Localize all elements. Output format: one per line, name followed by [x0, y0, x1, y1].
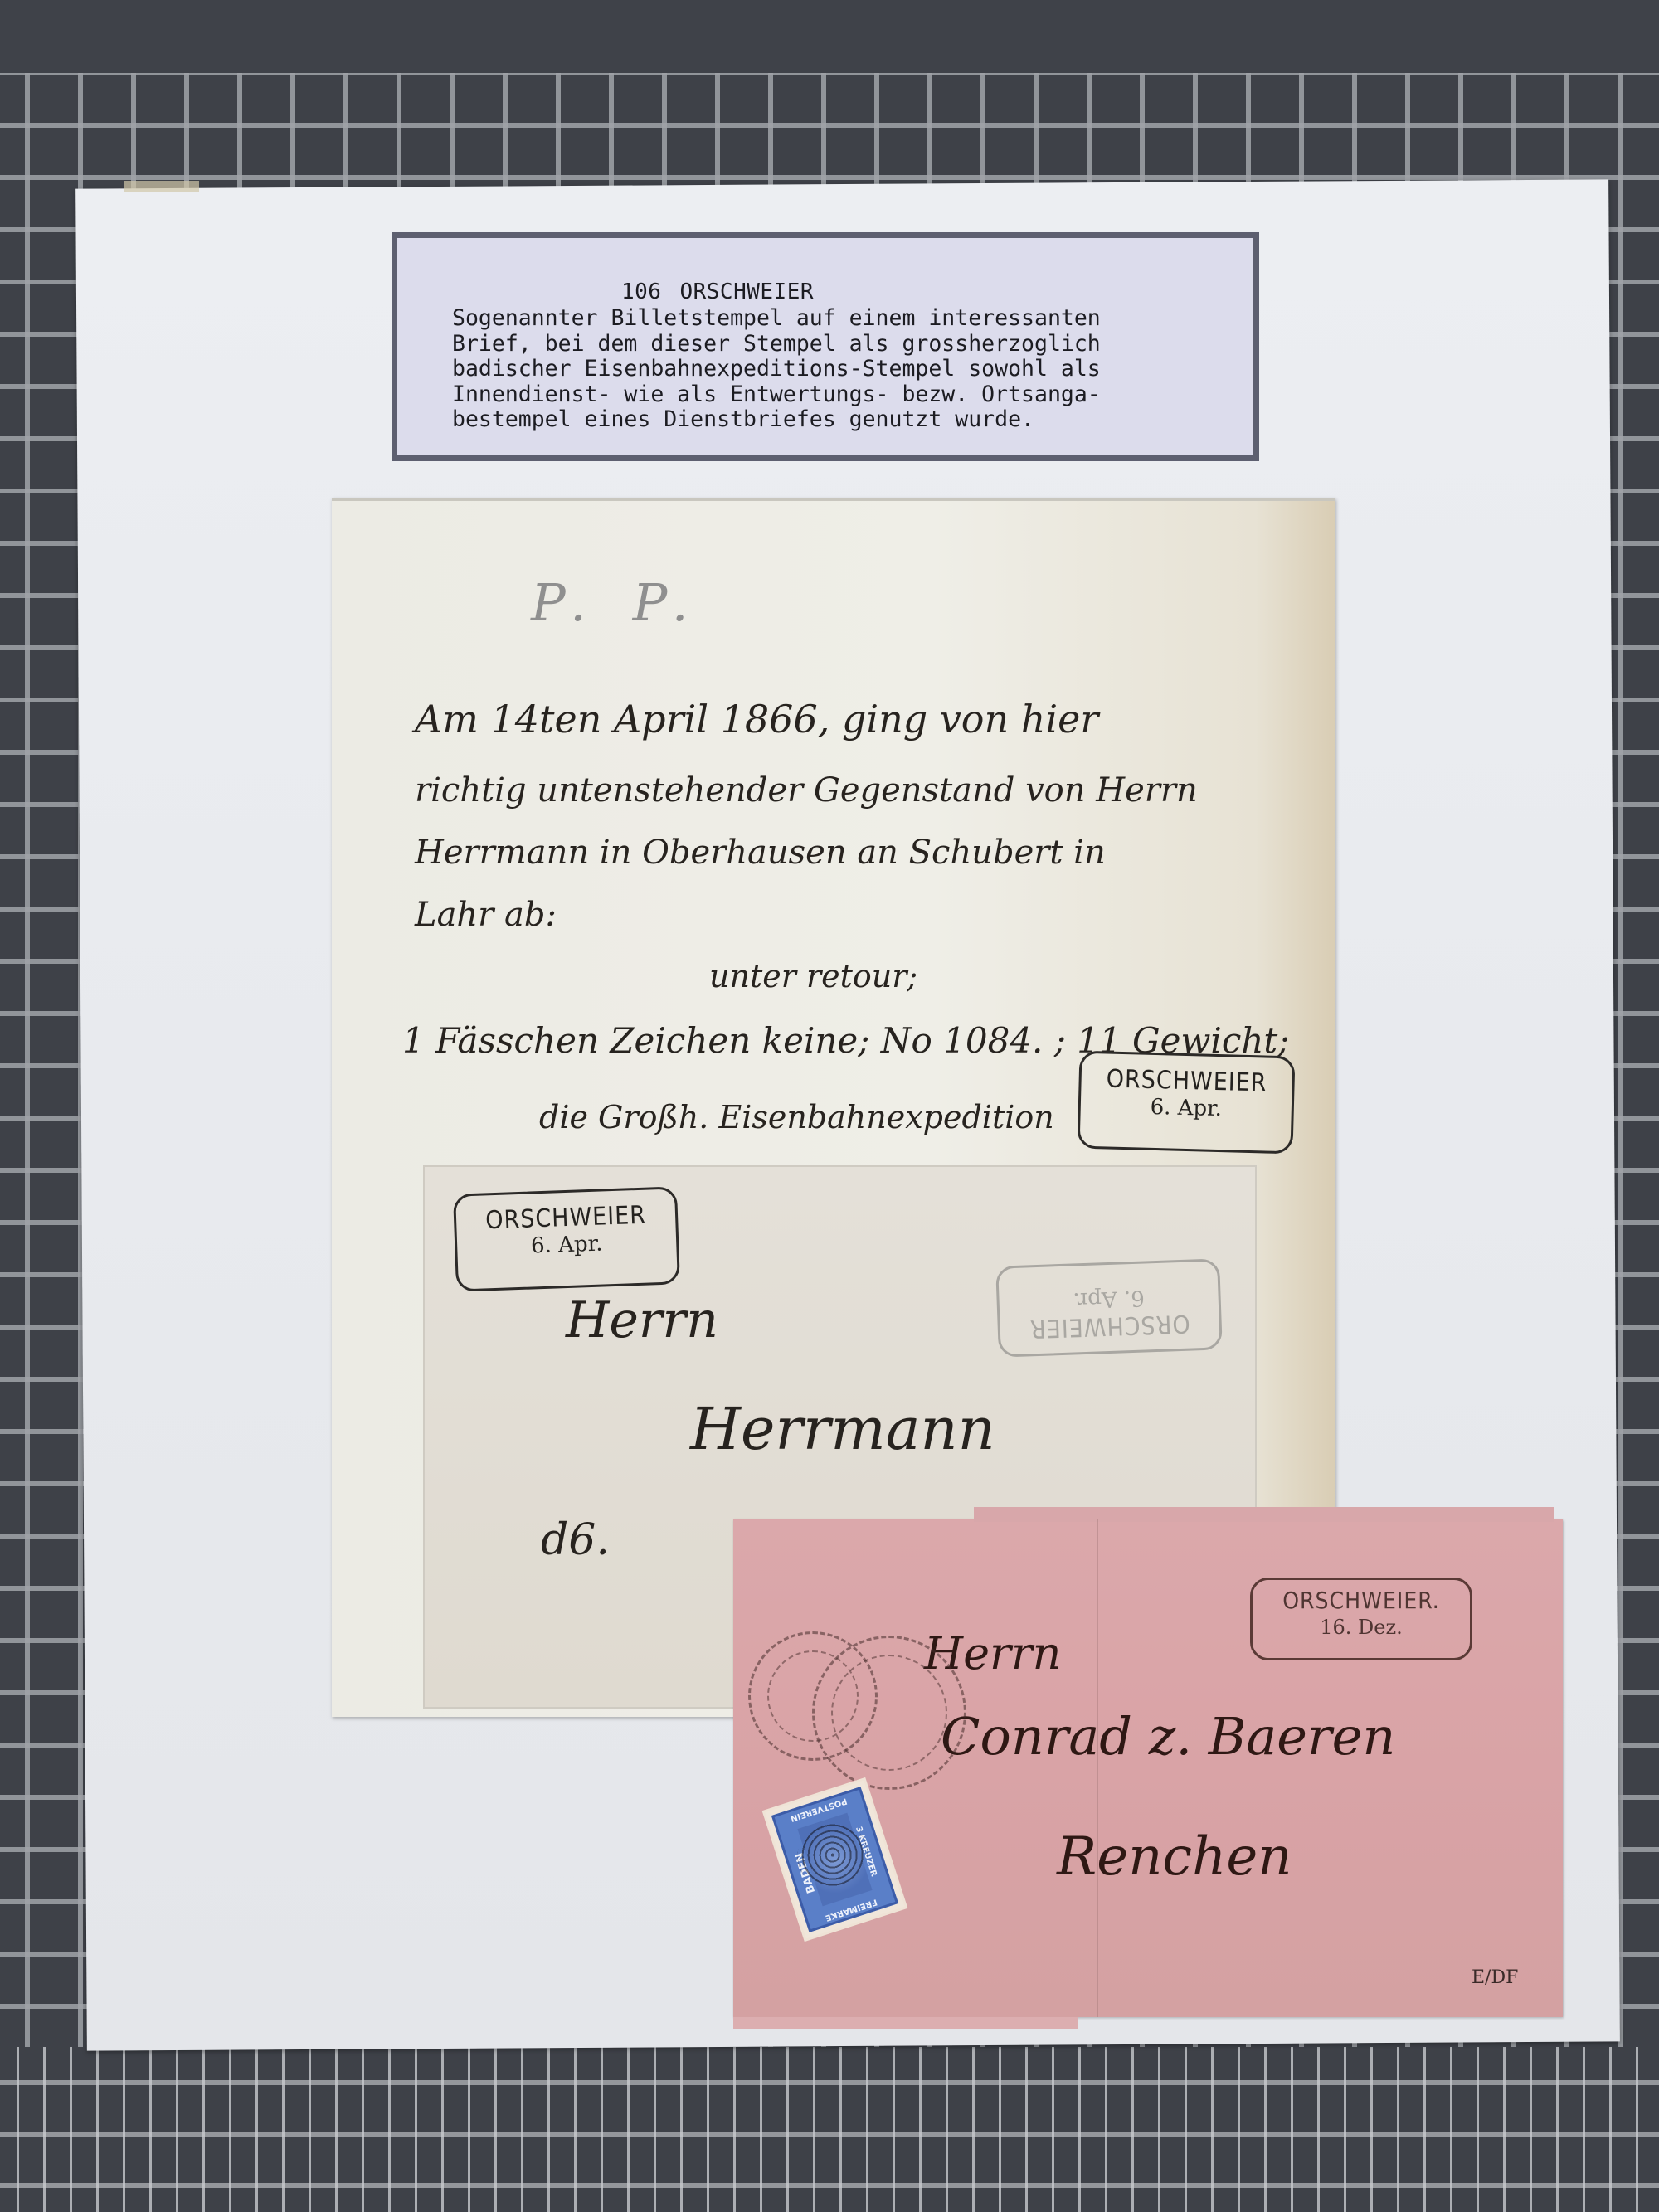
cover-crease	[1097, 1519, 1098, 2017]
cover-fold	[974, 1507, 1554, 1522]
letter-line: Am 14ten April 1866, ging von hier	[415, 697, 1098, 741]
hinge-tape	[124, 181, 199, 192]
label-title: ORSCHWEIER	[679, 280, 814, 304]
label-description: Sogenannter Billetstempel auf einem inte…	[452, 306, 1224, 433]
postmark-orschweier: ORSCHWEIER 6. Apr.	[453, 1186, 680, 1291]
label-line: badischer Eisenbahnexpeditions-Stempel s…	[452, 356, 1101, 382]
letter-signature: die Großh. Eisenbahnexpedition	[539, 1099, 1054, 1135]
background-top-band	[0, 0, 1659, 73]
lot-number: 106	[621, 280, 661, 304]
letter-line: Herrmann in Oberhausen an Schubert in	[415, 834, 1106, 872]
address-line: Herrmann	[690, 1395, 995, 1463]
label-heading: 106ORSCHWEIER	[621, 280, 814, 304]
postmark-offset-ghost: ORSCHWEIER 6. Apr.	[995, 1258, 1223, 1357]
address-line: Herrn	[566, 1291, 718, 1349]
pink-cover: ORSCHWEIER. 16. Dez. Herrn Conrad z. Bae…	[733, 1519, 1563, 2017]
address-line: Renchen	[1057, 1826, 1292, 1888]
letter-line: richtig untenstehender Gegenstand von He…	[415, 771, 1198, 809]
description-label: 106ORSCHWEIER Sogenannter Billetstempel …	[392, 232, 1259, 461]
cover-fold	[733, 2017, 1078, 2029]
letter-line: Lahr ab:	[415, 896, 557, 934]
letter-salutation: P. P.	[531, 572, 703, 633]
ring-cancel-icon	[812, 1636, 966, 1790]
stamp-design: POSTVEREIN FREIMARKE BADEN 3 KREUZER	[771, 1787, 898, 1932]
postmark-orschweier: ORSCHWEIER. 16. Dez.	[1250, 1578, 1472, 1660]
label-line: Innendienst- wie als Entwertungs- bezw. …	[452, 382, 1101, 407]
letter-line: unter retour;	[709, 958, 917, 994]
address-line: Conrad z. Baeren	[941, 1706, 1395, 1767]
baden-3-kreuzer-stamp: POSTVEREIN FREIMARKE BADEN 3 KREUZER	[765, 1781, 904, 1939]
letter-edge	[332, 498, 1335, 501]
label-line: Brief, bei dem dieser Stempel als grossh…	[452, 331, 1101, 357]
pencil-note: E/DF	[1472, 1967, 1518, 1988]
label-line: Sogenannter Billetstempel auf einem inte…	[452, 305, 1101, 331]
label-line: bestempel eines Dienstbriefes genutzt wu…	[452, 406, 1034, 432]
background-grid-bottom	[0, 2047, 1659, 2212]
address-note: d6.	[541, 1515, 610, 1565]
postmark-orschweier: ORSCHWEIER 6. Apr.	[1078, 1051, 1296, 1155]
